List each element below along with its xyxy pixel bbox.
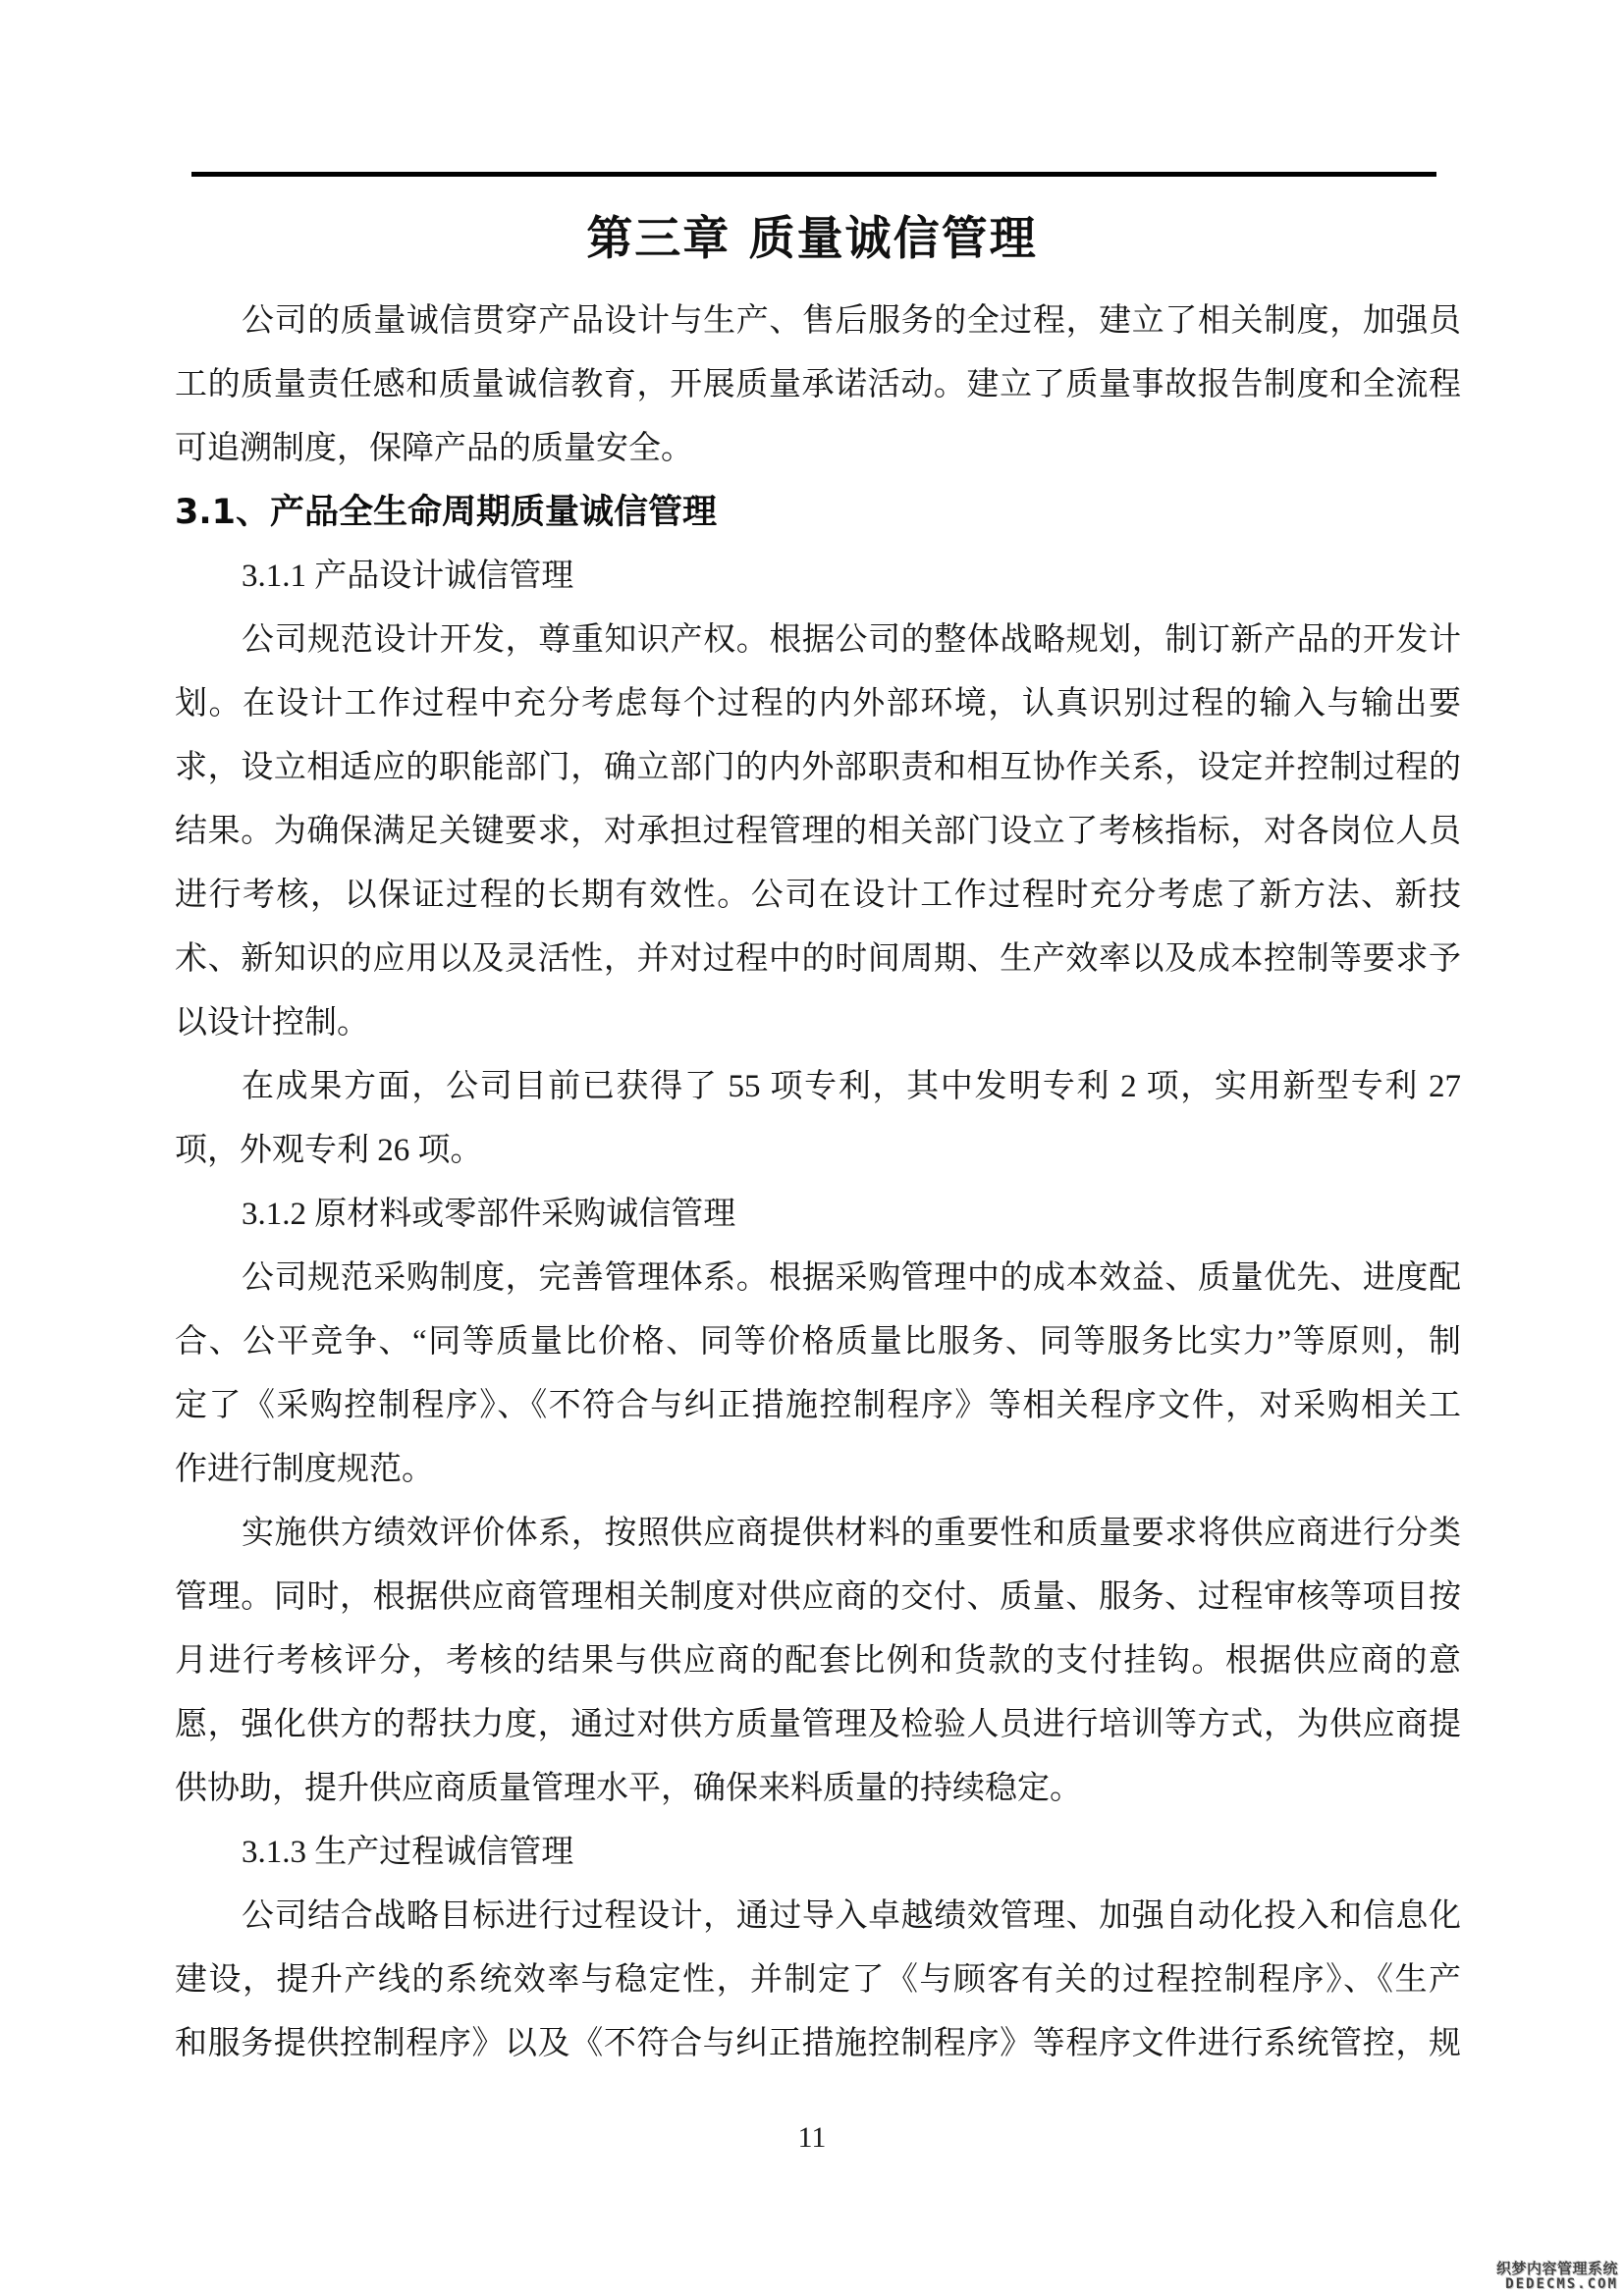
watermark-en-text: DEDECMS.COM bbox=[1496, 2276, 1618, 2292]
text-line: 工的质量责任感和质量诚信教育，开展质量承诺活动。建立了质量事故报告制度和全流程 bbox=[175, 353, 1461, 417]
page-number: 11 bbox=[0, 2118, 1624, 2158]
subsection-heading: 3.1.3 生产过程诚信管理 bbox=[175, 1821, 1461, 1885]
text-line: 术、新知识的应用以及灵活性，并对过程中的时间周期、生产效率以及成本控制等要求予 bbox=[175, 928, 1461, 991]
text-line: 实施供方绩效评价体系，按照供应商提供材料的重要性和质量要求将供应商进行分类 bbox=[175, 1502, 1461, 1566]
text-line: 建设，提升产线的系统效率与稳定性，并制定了《与顾客有关的过程控制程序》、《生产 bbox=[175, 1949, 1461, 2012]
text-line: 公司规范采购制度，完善管理体系。根据采购管理中的成本效益、质量优先、进度配 bbox=[175, 1247, 1461, 1310]
text-line: 合、公平竞争、“同等质量比价格、同等价格质量比服务、同等服务比实力”等原则，制 bbox=[175, 1310, 1461, 1374]
subsection-heading: 3.1.2 原材料或零部件采购诚信管理 bbox=[175, 1183, 1461, 1247]
text-line: 管理。同时，根据供应商管理相关制度对供应商的交付、质量、服务、过程审核等项目按 bbox=[175, 1566, 1461, 1629]
text-line: 求，设立相适应的职能部门，确立部门的内外部职责和相互协作关系，设定并控制过程的 bbox=[175, 736, 1461, 800]
text-line: 和服务提供控制程序》以及《不符合与纠正措施控制程序》等程序文件进行系统管控，规 bbox=[175, 2012, 1461, 2076]
text-line: 可追溯制度，保障产品的质量安全。 bbox=[175, 417, 1461, 481]
text-line: 公司规范设计开发，尊重知识产权。根据公司的整体战略规划，制订新产品的开发计 bbox=[175, 609, 1461, 672]
text-line: 公司的质量诚信贯穿产品设计与生产、售后服务的全过程，建立了相关制度，加强员 bbox=[175, 290, 1461, 353]
text-line: 划。在设计工作过程中充分考虑每个过程的内外部环境，认真识别过程的输入与输出要 bbox=[175, 672, 1461, 736]
horizontal-rule bbox=[191, 172, 1436, 177]
chapter-title: 第三章 质量诚信管理 bbox=[0, 204, 1624, 275]
text-line: 作进行制度规范。 bbox=[175, 1438, 1461, 1502]
text-line: 进行考核，以保证过程的长期有效性。公司在设计工作过程时充分考虑了新方法、新技 bbox=[175, 864, 1461, 928]
subsection-heading: 3.1.1 产品设计诚信管理 bbox=[175, 545, 1461, 609]
text-line: 公司结合战略目标进行过程设计，通过导入卓越绩效管理、加强自动化投入和信息化 bbox=[175, 1885, 1461, 1949]
document-page: { "page": { "title": "第三章 质量诚信管理", "page… bbox=[0, 0, 1624, 2296]
text-line: 供协助，提升供应商质量管理水平，确保来料质量的持续稳定。 bbox=[175, 1757, 1461, 1821]
section-heading: 3.1、产品全生命周期质量诚信管理 bbox=[175, 481, 1461, 545]
text-line: 定了《采购控制程序》、《不符合与纠正措施控制程序》等相关程序文件，对采购相关工 bbox=[175, 1374, 1461, 1438]
watermark-cn-text: 织梦内容管理系统 bbox=[1496, 2261, 1618, 2276]
text-line: 以设计控制。 bbox=[175, 991, 1461, 1055]
text-line: 结果。为确保满足关键要求，对承担过程管理的相关部门设立了考核指标，对各岗位人员 bbox=[175, 800, 1461, 864]
watermark: 织梦内容管理系统 DEDECMS.COM bbox=[1496, 2261, 1618, 2292]
text-line: 月进行考核评分，考核的结果与供应商的配套比例和货款的支付挂钩。根据供应商的意 bbox=[175, 1629, 1461, 1693]
document-content: 公司的质量诚信贯穿产品设计与生产、售后服务的全过程，建立了相关制度，加强员工的质… bbox=[175, 290, 1461, 2076]
text-line: 愿，强化供方的帮扶力度，通过对供方质量管理及检验人员进行培训等方式，为供应商提 bbox=[175, 1693, 1461, 1757]
text-line: 在成果方面，公司目前已获得了 55 项专利，其中发明专利 2 项，实用新型专利 … bbox=[175, 1055, 1461, 1119]
text-line: 项，外观专利 26 项。 bbox=[175, 1119, 1461, 1183]
